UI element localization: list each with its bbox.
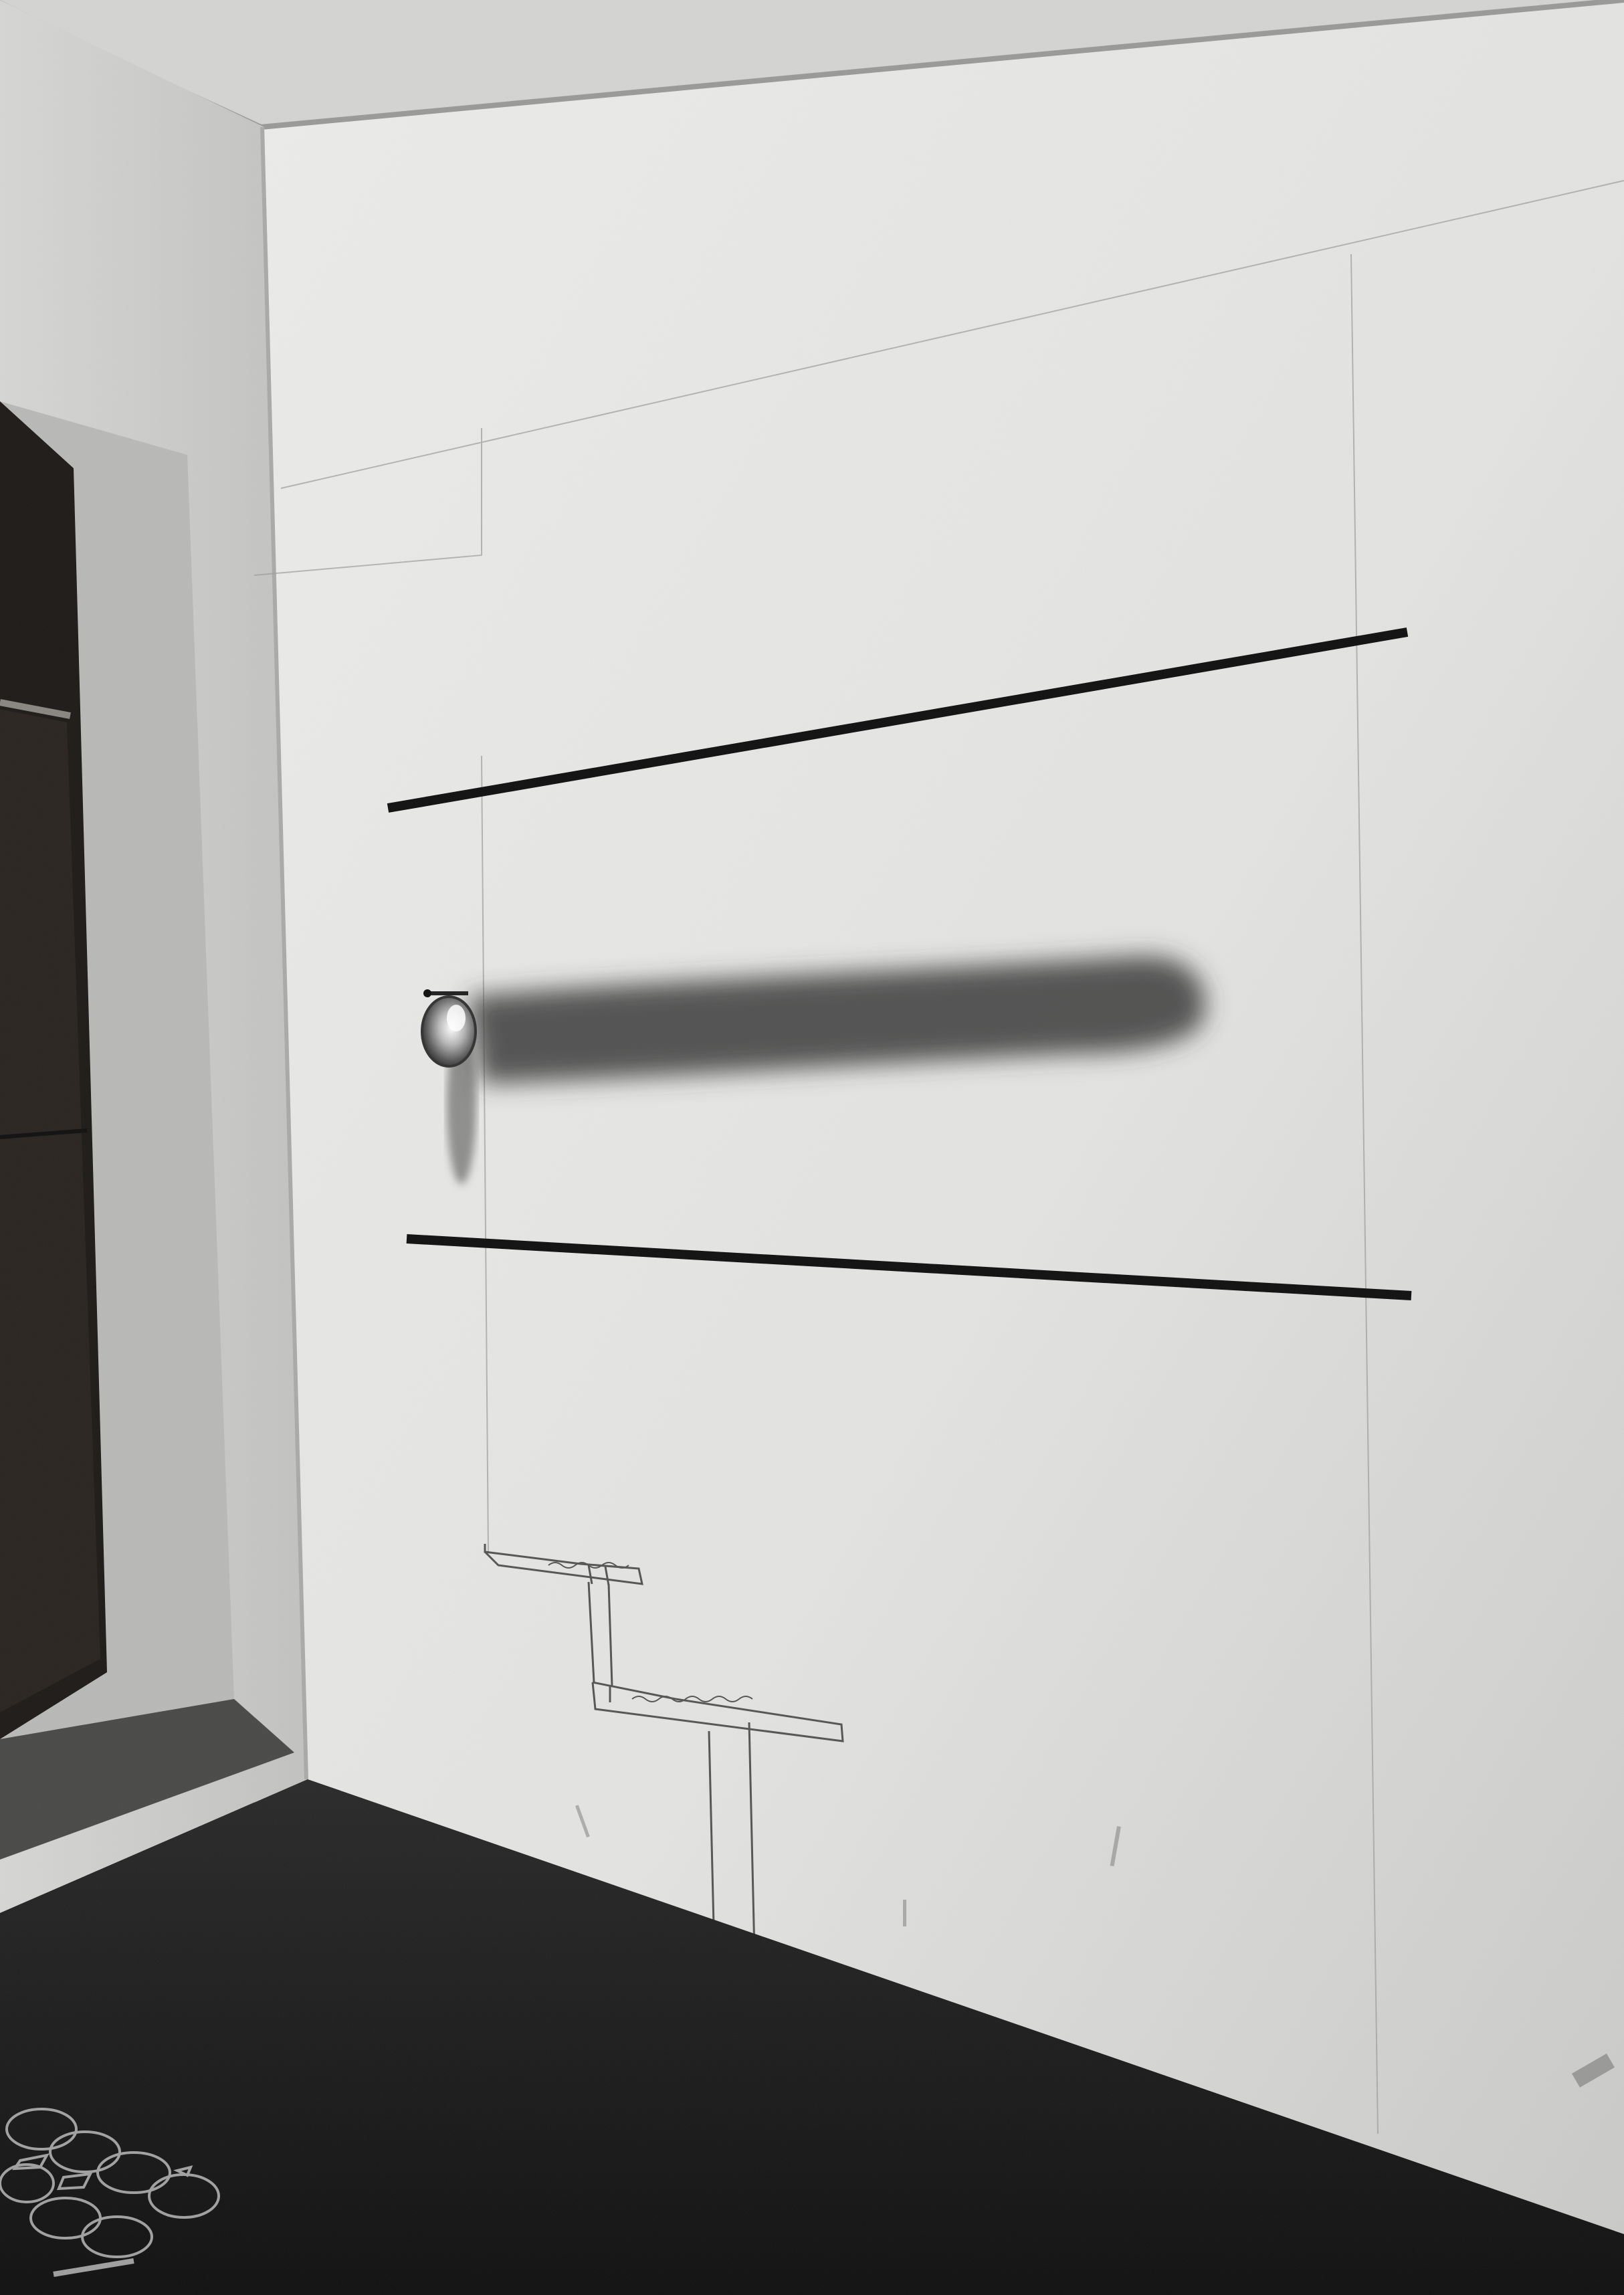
installation-photo: [0, 0, 1624, 2295]
film-grain: [0, 0, 1624, 2295]
